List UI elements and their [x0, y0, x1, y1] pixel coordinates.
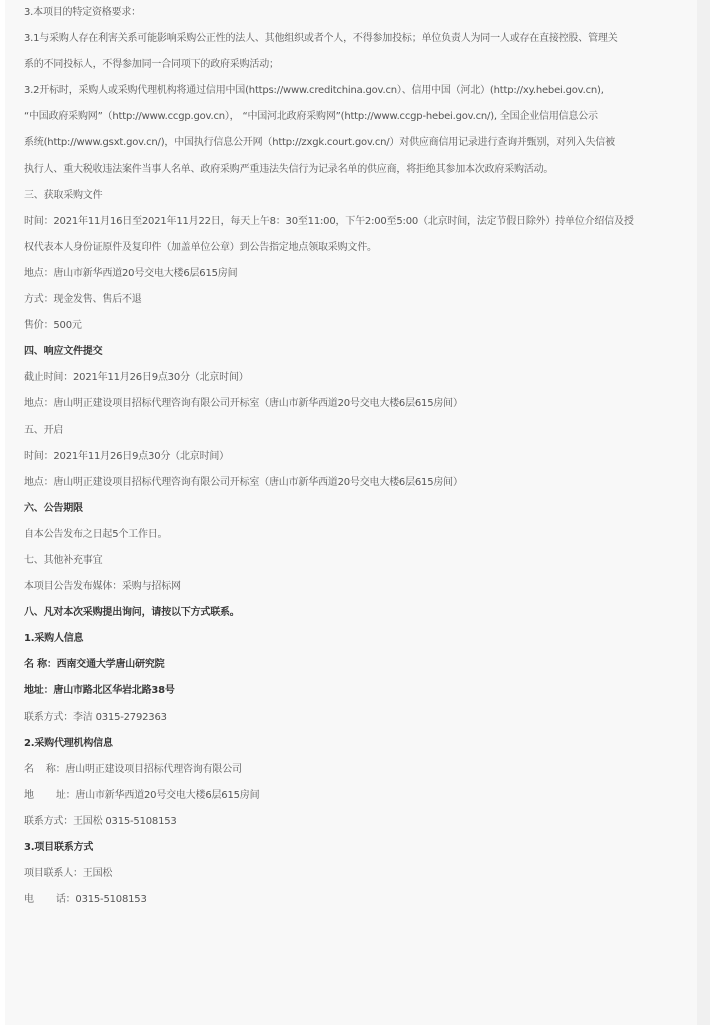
section-5-heading: 五、开启 [24, 424, 692, 437]
submission-deadline: 截止时间：2021年11月26日9点30分（北京时间） [24, 371, 692, 384]
notice-period: 自本公告发布之日起5个工作日。 [24, 528, 692, 541]
project-contact-phone: 电话：0315-5108153 [24, 893, 692, 906]
obtain-time-line-1: 时间：2021年11月16日至2021年11月22日，每天上午8：30至11:0… [24, 215, 692, 228]
obtain-method: 方式：现金发售、售后不退 [24, 293, 692, 306]
submission-location: 地点：唐山明正建设项目招标代理咨询有限公司开标室（唐山市新华西道20号交电大楼6… [24, 397, 692, 410]
opening-time: 时间：2021年11月26日9点30分（北京时间） [24, 450, 692, 463]
qualification-heading: 3.本项目的特定资格要求： [24, 6, 692, 19]
agency-info-heading: 2.采购代理机构信息 [24, 737, 692, 750]
agency-contact: 联系方式：王国松 0315-5108153 [24, 815, 692, 828]
purchaser-contact: 联系方式：李洁 0315-2792363 [24, 711, 692, 724]
section-7-heading: 七、其他补充事宜 [24, 554, 692, 567]
page: 3.本项目的特定资格要求： 3.1与采购人存在利害关系可能影响采购公正性的法人、… [0, 0, 710, 1025]
project-contact-heading: 3.项目联系方式 [24, 841, 692, 854]
agency-address-value: 址：唐山市新华西道20号交电大楼6层615房间 [56, 790, 260, 801]
section-3-heading: 三、获取采购文件 [24, 189, 692, 202]
agency-name: 名称：唐山明正建设项目招标代理咨询有限公司 [24, 763, 692, 776]
agency-address: 地址：唐山市新华西道20号交电大楼6层615房间 [24, 789, 692, 802]
section-8-heading: 八、凡对本次采购提出询问，请按以下方式联系。 [24, 606, 692, 619]
obtain-time-line-2: 权代表本人身份证原件及复印件（加盖单位公章）到公告指定地点领取采购文件。 [24, 241, 692, 254]
qualification-3-2-line-4: 执行人、重大税收违法案件当事人名单、政府采购严重违法失信行为记录名单的供应商，将… [24, 163, 692, 176]
agency-name-label-a: 名 [24, 764, 34, 775]
qualification-3-2-line-1: 3.2开标时，采购人或采购代理机构将通过信用中国(https://www.cre… [24, 84, 692, 97]
agency-name-value: 称：唐山明正建设项目招标代理咨询有限公司 [46, 764, 242, 775]
section-6-heading: 六、公告期限 [24, 502, 692, 515]
qualification-3-2-line-3: 系统(http://www.gsxt.gov.cn/)，中国执行信息公开网（ht… [24, 136, 692, 149]
purchaser-info-heading: 1.采购人信息 [24, 632, 692, 645]
agency-address-label-a: 地 [24, 790, 34, 801]
obtain-location: 地点：唐山市新华西道20号交电大楼6层615房间 [24, 267, 692, 280]
project-contact-person: 项目联系人：王国松 [24, 867, 692, 880]
section-4-heading: 四、响应文件提交 [24, 345, 692, 358]
phone-label-a: 电 [24, 894, 34, 905]
phone-value: 话：0315-5108153 [56, 894, 147, 905]
document-price: 售价：500元 [24, 319, 692, 332]
qualification-3-2-line-2: “中国政府采购网”（http://www.ccgp.gov.cn）， “中国河北… [24, 110, 692, 123]
announcement-content: 3.本项目的特定资格要求： 3.1与采购人存在利害关系可能影响采购公正性的法人、… [24, 6, 692, 906]
qualification-3-1-line-2: 系的不同投标人，不得参加同一合同项下的政府采购活动； [24, 58, 692, 71]
opening-location: 地点：唐山明正建设项目招标代理咨询有限公司开标室（唐山市新华西道20号交电大楼6… [24, 476, 692, 489]
purchaser-address: 地址：唐山市路北区华岩北路38号 [24, 684, 692, 697]
publication-media: 本项目公告发布媒体：采购与招标网 [24, 580, 692, 593]
qualification-3-1-line-1: 3.1与采购人存在利害关系可能影响采购公正性的法人、其他组织或者个人，不得参加投… [24, 32, 692, 45]
scrollbar-track[interactable] [697, 0, 710, 1025]
purchaser-name: 名 称：西南交通大学唐山研究院 [24, 658, 692, 671]
